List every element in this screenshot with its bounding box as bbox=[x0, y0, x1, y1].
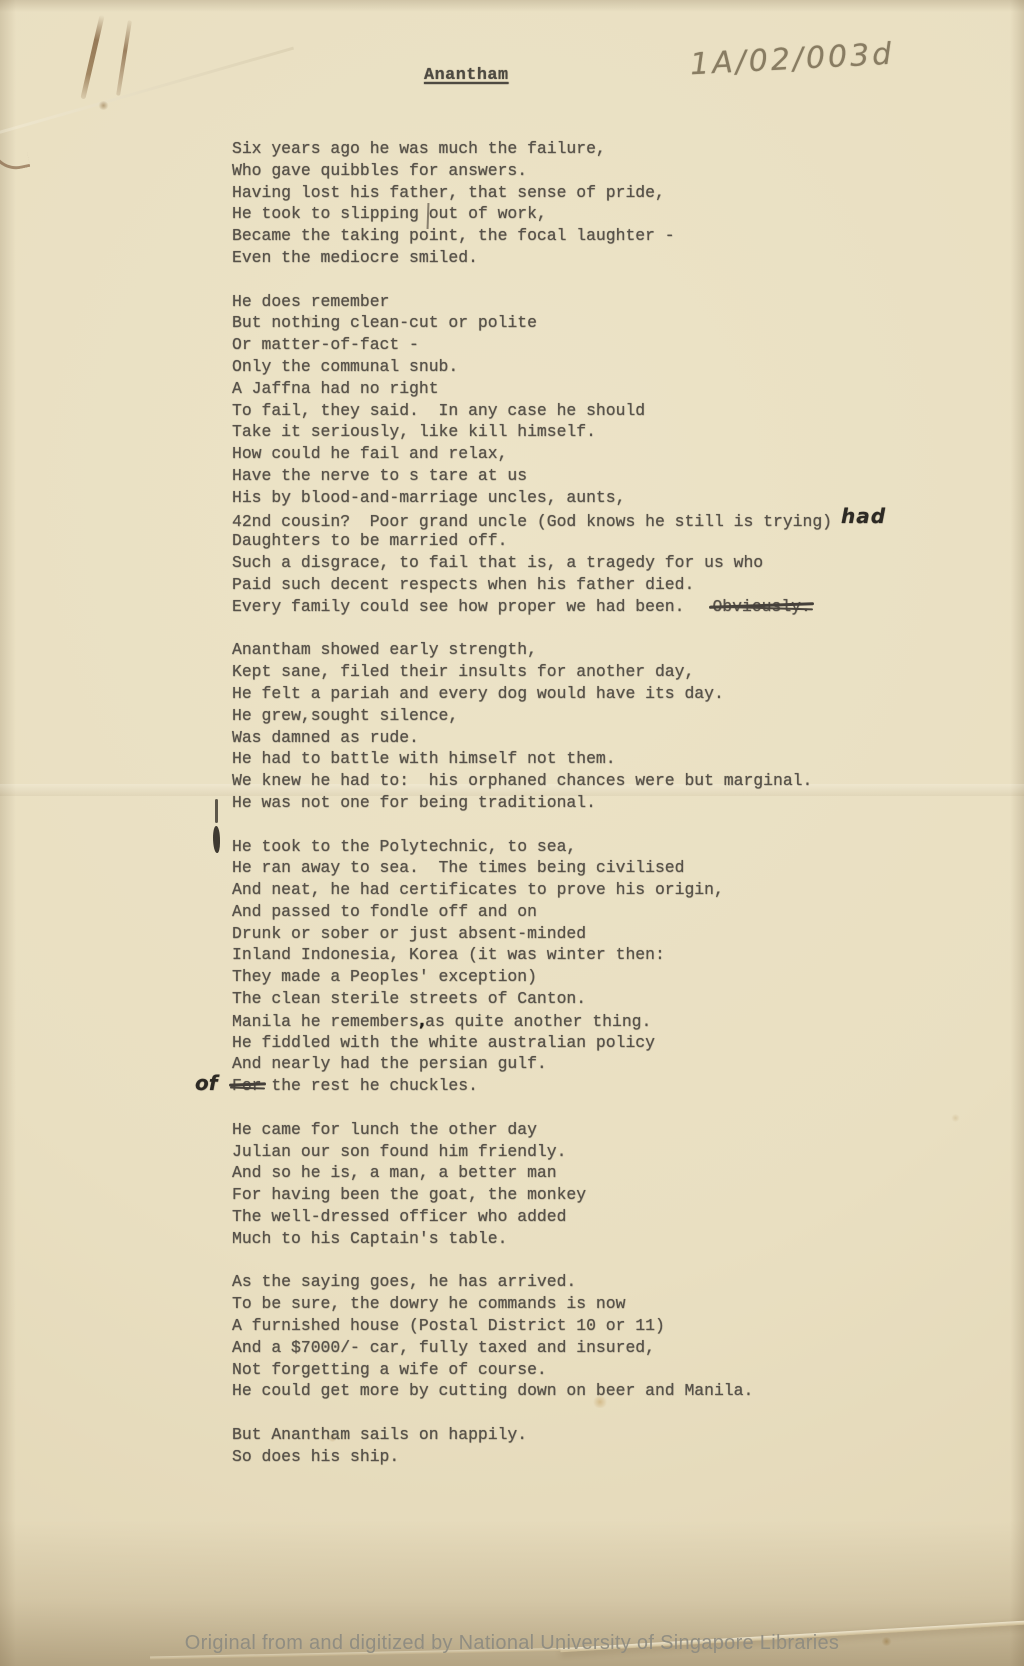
typed-text: And neat, he had certificates to prove h… bbox=[232, 880, 724, 899]
poem-line: Paid such decent respects when his fathe… bbox=[232, 574, 886, 596]
poem-line: To fail, they said. In any case he shoul… bbox=[232, 400, 886, 422]
typed-text: Inland Indonesia, Korea (it was winter t… bbox=[232, 945, 665, 964]
typed-text: As the saying goes, he has arrived. bbox=[232, 1272, 576, 1291]
typed-text: The clean sterile streets of Canton. bbox=[232, 989, 586, 1008]
poem-line: Was damned as rude. bbox=[232, 727, 886, 749]
typed-text: Or matter-of-fact - bbox=[232, 335, 419, 354]
typed-text: He had to battle with himself not them. bbox=[232, 749, 616, 768]
typed-text: So does his ship. bbox=[232, 1447, 399, 1466]
typed-text: He ran away to sea. The times being civi… bbox=[232, 858, 684, 877]
poem-line: Or matter-of-fact - bbox=[232, 334, 886, 356]
typed-text: His by blood-and-marriage uncles, aunts, bbox=[232, 488, 625, 507]
poem-line: He does remember bbox=[232, 291, 886, 313]
poem-line: Julian our son found him friendly. bbox=[232, 1141, 886, 1163]
typed-text: He felt a pariah and every dog would hav… bbox=[232, 684, 724, 703]
poem-line: And nearly had the persian gulf. bbox=[232, 1053, 886, 1075]
typed-text: Much to his Captain's table. bbox=[232, 1229, 507, 1248]
poem-line: A furnished house (Postal District 10 or… bbox=[232, 1315, 886, 1337]
poem-line: Six years ago he was much the failure, bbox=[232, 138, 886, 160]
poem-title: Anantham bbox=[424, 66, 509, 85]
typed-text: A furnished house (Postal District 10 or… bbox=[232, 1316, 665, 1335]
footer-caption: Original from and digitized by National … bbox=[0, 1632, 1024, 1655]
poem-line: Not forgetting a wife of course. bbox=[232, 1359, 886, 1381]
handwritten-annotation: had bbox=[841, 504, 886, 528]
poem-line: He took to slipping out of work, bbox=[232, 203, 886, 225]
typed-text: He was not one for being traditional. bbox=[232, 793, 596, 812]
poem-line: Daughters to be married off. bbox=[232, 530, 886, 552]
typed-text: He came for lunch the other day bbox=[232, 1120, 537, 1139]
typed-text: Was damned as rude. bbox=[232, 728, 419, 747]
typed-text: He does remember bbox=[232, 292, 389, 311]
document-scan: Anantham 1A/02/003d Six years ago he was… bbox=[0, 0, 1024, 1666]
typed-text: Julian our son found him friendly. bbox=[232, 1142, 566, 1161]
typed-text: Take it seriously, like kill himself. bbox=[232, 422, 596, 441]
typed-text: He took to slipping out of work, bbox=[232, 204, 547, 223]
poem-line: He had to battle with himself not them. bbox=[232, 748, 886, 770]
typed-text: 42nd cousin? Poor grand uncle (God knows… bbox=[232, 512, 832, 531]
poem-line: He took to the Polytechnic, to sea, bbox=[232, 836, 886, 858]
poem-stanza: As the saying goes, he has arrived.To be… bbox=[232, 1271, 886, 1402]
poem-line: Kept sane, filed their insults for anoth… bbox=[232, 661, 886, 683]
poem-line: 42nd cousin? Poor grand uncle (God knows… bbox=[232, 509, 886, 531]
poem-line: Anantham showed early strength, bbox=[232, 639, 886, 661]
poem-line: Every family could see how proper we had… bbox=[232, 596, 886, 618]
poem-stanza: Six years ago he was much the failure,Wh… bbox=[232, 138, 886, 269]
typed-text: To fail, they said. In any case he shoul… bbox=[232, 401, 645, 420]
poem-line: ofFor the rest he chuckles. bbox=[232, 1075, 886, 1097]
poem-line: And neat, he had certificates to prove h… bbox=[232, 879, 886, 901]
poem-line: His by blood-and-marriage uncles, aunts, bbox=[232, 487, 886, 509]
typed-text: But nothing clean-cut or polite bbox=[232, 313, 537, 332]
poem-line: Having lost his father, that sense of pr… bbox=[232, 182, 886, 204]
poem-line: Much to his Captain's table. bbox=[232, 1228, 886, 1250]
poem-line: He was not one for being traditional. bbox=[232, 792, 886, 814]
poem-line: The well-dressed officer who added bbox=[232, 1206, 886, 1228]
strikethrough-text: For bbox=[232, 1075, 262, 1097]
typed-text: To be sure, the dowry he commands is now bbox=[232, 1294, 625, 1313]
poem-line: To be sure, the dowry he commands is now bbox=[232, 1293, 886, 1315]
typed-text: Such a disgrace, to fail that is, a trag… bbox=[232, 553, 763, 572]
paper-stain bbox=[951, 1114, 960, 1122]
typed-text: Every family could see how proper we had… bbox=[232, 597, 684, 616]
typed-text: How could he fail and relax, bbox=[232, 444, 507, 463]
poem-line: And a $7000/- car, fully taxed and insur… bbox=[232, 1337, 886, 1359]
poem-line: But Anantham sails on happily. bbox=[232, 1424, 886, 1446]
poem-line: Such a disgrace, to fail that is, a trag… bbox=[232, 552, 886, 574]
typed-text: Who gave quibbles for answers. bbox=[232, 161, 527, 180]
typed-text: Anantham showed early strength, bbox=[232, 640, 537, 659]
poem-stanza: He came for lunch the other dayJulian ou… bbox=[232, 1119, 886, 1250]
poem-line: For having been the goat, the monkey bbox=[232, 1184, 886, 1206]
typed-text: And a $7000/- car, fully taxed and insur… bbox=[232, 1338, 655, 1357]
typed-text: Manila he remembers bbox=[232, 1012, 419, 1031]
poem-stanza: Anantham showed early strength,Kept sane… bbox=[232, 639, 886, 813]
poem-line: He ran away to sea. The times being civi… bbox=[232, 857, 886, 879]
poem-line: He came for lunch the other day bbox=[232, 1119, 886, 1141]
typed-text: Six years ago he was much the failure, bbox=[232, 139, 606, 158]
typed-text: And so he is, a man, a better man bbox=[232, 1163, 557, 1182]
typed-text: Even the mediocre smiled. bbox=[232, 248, 478, 267]
poem-line: So does his ship. bbox=[232, 1446, 886, 1468]
poem-line: He fiddled with the white australian pol… bbox=[232, 1032, 886, 1054]
handwritten-annotation: of bbox=[195, 1073, 217, 1095]
typed-text: Daughters to be married off. bbox=[232, 531, 507, 550]
typed-text: Have the nerve to s tare at us bbox=[232, 466, 527, 485]
typed-text: He grew,sought silence, bbox=[232, 706, 458, 725]
poem-line: They made a Peoples' exception) bbox=[232, 966, 886, 988]
poem-line: Manila he remembers,as quite another thi… bbox=[232, 1010, 886, 1032]
typed-text: He took to the Polytechnic, to sea, bbox=[232, 837, 576, 856]
poem-line: He could get more by cutting down on bee… bbox=[232, 1380, 886, 1402]
poem-line: Only the communal snub. bbox=[232, 356, 886, 378]
paper-stain bbox=[98, 101, 109, 110]
typed-text: But Anantham sails on happily. bbox=[232, 1425, 527, 1444]
poem-line: Even the mediocre smiled. bbox=[232, 247, 886, 269]
typed-text: Only the communal snub. bbox=[232, 357, 458, 376]
poem-line: We knew he had to: his orphaned chances … bbox=[232, 770, 886, 792]
poem-line: Take it seriously, like kill himself. bbox=[232, 421, 886, 443]
typed-text: And nearly had the persian gulf. bbox=[232, 1054, 547, 1073]
poem-line: A Jaffna had no right bbox=[232, 378, 886, 400]
poem-line: How could he fail and relax, bbox=[232, 443, 886, 465]
typed-text: And passed to fondle off and on bbox=[232, 902, 537, 921]
poem-line: He felt a pariah and every dog would hav… bbox=[232, 683, 886, 705]
typed-text: The well-dressed officer who added bbox=[232, 1207, 566, 1226]
poem-line: And passed to fondle off and on bbox=[232, 901, 886, 923]
strikethrough-text: Obviously. bbox=[712, 596, 810, 618]
ink-blot-mark-icon bbox=[211, 799, 221, 853]
typed-text: A Jaffna had no right bbox=[232, 379, 439, 398]
typed-text: He fiddled with the white australian pol… bbox=[232, 1033, 655, 1052]
poem-line: As the saying goes, he has arrived. bbox=[232, 1271, 886, 1293]
typed-text: as quite another thing. bbox=[425, 1012, 651, 1031]
typed-text: Not forgetting a wife of course. bbox=[232, 1360, 547, 1379]
poem-line: And so he is, a man, a better man bbox=[232, 1162, 886, 1184]
typed-text: They made a Peoples' exception) bbox=[232, 967, 537, 986]
poem-line: Inland Indonesia, Korea (it was winter t… bbox=[232, 944, 886, 966]
typed-text: Drunk or sober or just absent-minded bbox=[232, 924, 586, 943]
typed-text: Having lost his father, that sense of pr… bbox=[232, 183, 665, 202]
poem-line: Who gave quibbles for answers. bbox=[232, 160, 886, 182]
typed-text: For having been the goat, the monkey bbox=[232, 1185, 586, 1204]
poem-line: Have the nerve to s tare at us bbox=[232, 465, 886, 487]
typed-text: Became the taking point, the focal laugh… bbox=[232, 226, 675, 245]
poem-stanza: He does rememberBut nothing clean-cut or… bbox=[232, 291, 886, 618]
poem-line: But nothing clean-cut or polite bbox=[232, 312, 886, 334]
typed-text: the rest he chuckles. bbox=[262, 1076, 478, 1095]
poem-stanza: He took to the Polytechnic, to sea,He ra… bbox=[232, 836, 886, 1098]
typed-text: We knew he had to: his orphaned chances … bbox=[232, 771, 812, 790]
poem-line: The clean sterile streets of Canton. bbox=[232, 988, 886, 1010]
poem-stanza: But Anantham sails on happily.So does hi… bbox=[232, 1424, 886, 1468]
poem-line: He grew,sought silence, bbox=[232, 705, 886, 727]
poem-line: Became the taking point, the focal laugh… bbox=[232, 225, 886, 247]
typed-text: Paid such decent respects when his fathe… bbox=[232, 575, 694, 594]
typed-text: He could get more by cutting down on bee… bbox=[232, 1381, 753, 1400]
poem-line: Drunk or sober or just absent-minded bbox=[232, 923, 886, 945]
poem-body: Six years ago he was much the failure,Wh… bbox=[232, 138, 886, 1489]
typed-text: Kept sane, filed their insults for anoth… bbox=[232, 662, 694, 681]
